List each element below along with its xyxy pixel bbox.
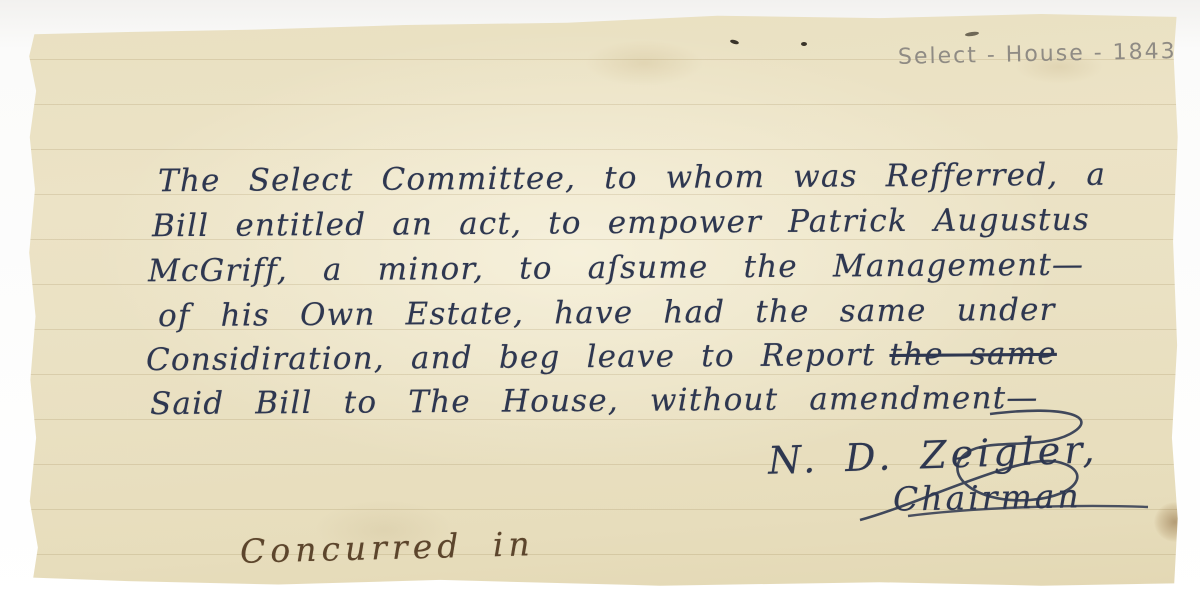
scanned-document-stage: Select - House - 1843 The Select Committ… — [0, 0, 1200, 616]
body-line-5: Considiration, and beg leave to Reportth… — [146, 336, 1057, 378]
endorsement-note: Concurred in — [240, 524, 536, 571]
strikethrough-text: the same — [889, 336, 1057, 373]
body-line-6: Said Bill to The House, without amendmen… — [150, 380, 1039, 422]
body-line-3: McGriff, a minor, to aſsume the Manageme… — [148, 247, 1084, 290]
ink-speck — [801, 42, 807, 46]
body-line-5-text: Considiration, and beg leave to Report — [146, 337, 876, 378]
body-line-1: The Select Committee, to whom was Reffer… — [158, 157, 1106, 200]
body-line-2: Bill entitled an act, to empower Patrick… — [152, 202, 1090, 245]
signature-title: Chairman — [893, 476, 1082, 518]
body-line-4: of his Own Estate, have had the same und… — [158, 292, 1056, 334]
